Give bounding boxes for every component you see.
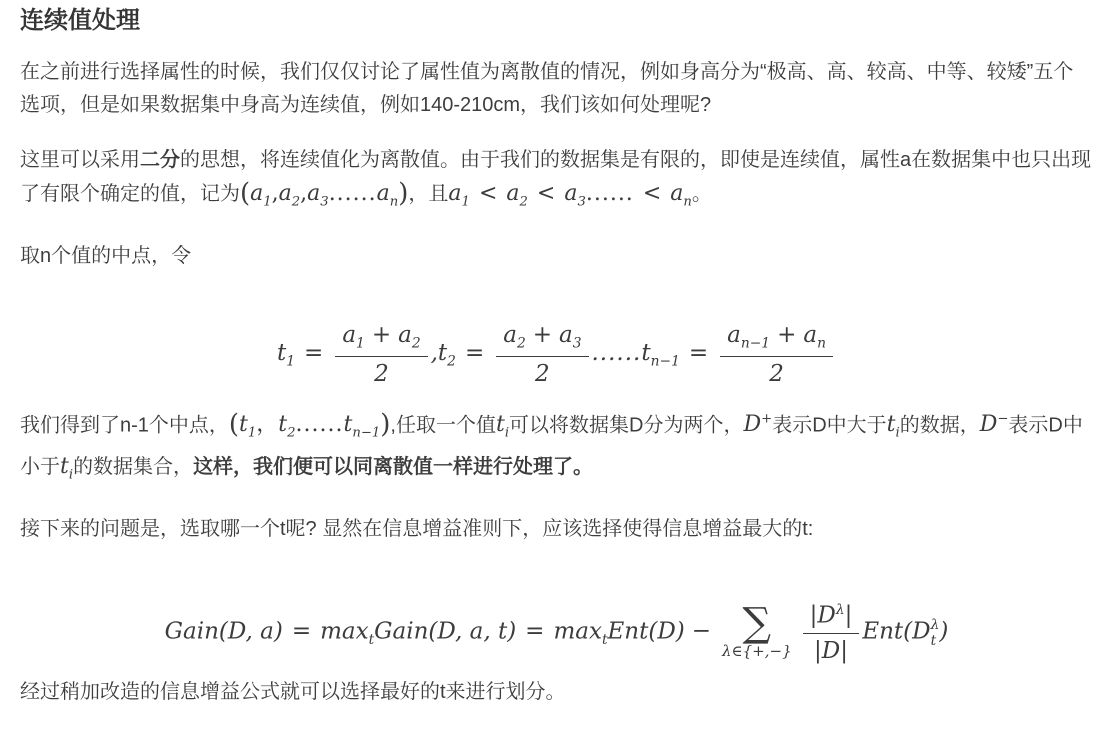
text-run: 取n个值的中点，令 xyxy=(20,245,191,267)
formula-midpoints: t1=a1+a22,t2=a2+a32......tn−1=an−1+an2 xyxy=(20,321,1093,387)
text-run: 接下来的问题是，选取哪一个t呢? 显然在信息增益准则下，应该选择使得信息增益最大… xyxy=(20,518,813,540)
paragraph-intro: 在之前进行选择属性的时候，我们仅仅讨论了属性值为离散值的情况，例如身高分为“极高… xyxy=(20,56,1093,122)
inline-math-a-sequence: (a1,a2,a3......an) xyxy=(240,181,408,206)
text-run: 经过稍加改造的信息增益公式就可以选择最好的t来进行划分。 xyxy=(20,681,566,703)
text-run: 的数据集合， xyxy=(73,456,193,478)
paragraph-intro-text: 在之前进行选择属性的时候，我们仅仅讨论了属性值为离散值的情况，例如身高分为“极高… xyxy=(20,61,1073,116)
text-run: ,任取一个值 xyxy=(390,414,496,436)
paragraph-bisection: 这里可以采用二分的思想，将连续值化为离散值。由于我们的数据集是有限的，即使是连续… xyxy=(20,144,1093,218)
inline-math-t-i: ti xyxy=(60,454,73,479)
formula2-lhs: Gain(D, a) xyxy=(165,618,283,644)
inline-math-t-sequence: (t1，t2......tn−1) xyxy=(229,412,391,437)
paragraph-which-t: 接下来的问题是，选取哪一个t呢? 显然在信息增益准则下，应该选择使得信息增益最大… xyxy=(20,513,1093,546)
article-page: 连续值处理 在之前进行选择属性的时候，我们仅仅讨论了属性值为离散值的情况，例如身… xyxy=(0,0,1113,741)
fraction: an−1+an2 xyxy=(720,321,833,387)
formula2-gain2: Gain(D, a, t) xyxy=(374,618,516,644)
bold-bisection: 二分 xyxy=(140,149,180,171)
formula2-ent1: Ent(D) xyxy=(608,618,685,644)
inline-math-t-i: ti xyxy=(887,412,900,437)
formula2-max1: max xyxy=(320,618,369,644)
inline-math-a-order: a1<a2<a3......<an xyxy=(448,181,691,206)
text-run: 表示D中大于 xyxy=(772,414,886,436)
text-run: ，且 xyxy=(408,183,448,205)
sigma-symbol: ∑ xyxy=(722,604,792,642)
text-run: 可以将数据集D分为两个， xyxy=(509,414,743,436)
formula2-ent2: Ent(D xyxy=(862,618,930,644)
formula1-term-1: t1=a1+a22, xyxy=(277,340,438,366)
text-run: 的数据， xyxy=(900,414,980,436)
text-run: 这里可以采用 xyxy=(20,149,140,171)
bold-conclusion: 这样，我们便可以同离散值一样进行处理了。 xyxy=(193,456,593,478)
page-title: 连续值处理 xyxy=(20,6,1093,36)
formula2-max2: max xyxy=(553,618,602,644)
text-run: 我们得到了n-1个中点， xyxy=(20,414,229,436)
fraction: a1+a22 xyxy=(335,321,427,387)
text-run: 。 xyxy=(692,183,712,205)
inline-math-d-minus: D− xyxy=(980,412,1009,437)
formula-gain: Gain(D, a)=maxtGain(D, a, t)=maxtEnt(D)−… xyxy=(20,601,1093,664)
fraction: a2+a32 xyxy=(496,321,588,387)
inline-math-d-plus: D+ xyxy=(744,412,773,437)
summation: ∑λ∈{+,−} xyxy=(722,604,792,660)
paragraph-midpoints-lead: 取n个值的中点，令 xyxy=(20,240,1093,273)
formula1-term-3: tn−1=an−1+an2 xyxy=(641,340,836,366)
fraction: |Dλ||D| xyxy=(803,601,860,664)
inline-math-t-i: ti xyxy=(496,412,509,437)
paragraph-partition: 我们得到了n-1个中点，(t1，t2......tn−1),任取一个值ti可以将… xyxy=(20,403,1093,491)
formula1-term-2: t2=a2+a32...... xyxy=(438,340,641,366)
